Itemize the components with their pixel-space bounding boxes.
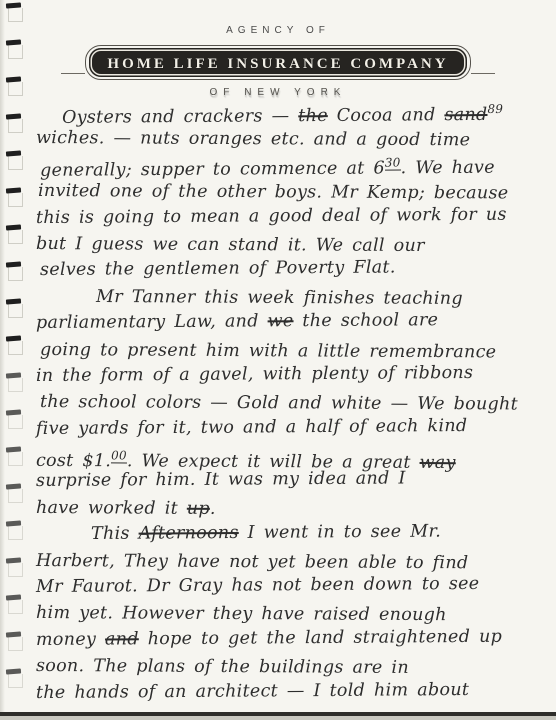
binding-hole bbox=[8, 193, 23, 207]
binding-hole bbox=[8, 600, 23, 614]
letter-line: the hands of an architect — I told him a… bbox=[36, 676, 542, 706]
letterhead: AGENCY OF HOME LIFE INSURANCE COMPANY OF… bbox=[0, 25, 556, 98]
binding-hole bbox=[8, 304, 23, 318]
binding-hole bbox=[8, 156, 23, 170]
handwritten-text: selves the gentlemen of Poverty Flat. bbox=[40, 258, 396, 280]
handwritten-text: 00 bbox=[111, 448, 127, 463]
letter-line: Mr Faurot. Dr Gray has not been down to … bbox=[36, 570, 542, 600]
handwritten-text: parliamentary Law, and bbox=[36, 312, 268, 334]
letter-line: Oysters and crackers — the Cocoa and san… bbox=[62, 96, 542, 126]
handwritten-text: hope to get the land straightened up bbox=[139, 627, 502, 650]
handwritten-text: money bbox=[36, 629, 105, 649]
binding-hole bbox=[8, 119, 23, 133]
handwritten-text: in the form of a gavel, with plenty of r… bbox=[36, 363, 473, 386]
company-banner-plate: HOME LIFE INSURANCE COMPANY bbox=[89, 48, 466, 77]
crossed-out-text: we bbox=[268, 311, 294, 331]
binding-hole bbox=[8, 674, 23, 688]
letter-line: This Afternoons I went in to see Mr. bbox=[91, 518, 542, 548]
crossed-out-text: and bbox=[105, 629, 139, 649]
binding-hole bbox=[8, 452, 23, 466]
handwritten-text: I went in to see Mr. bbox=[239, 522, 441, 543]
letter-line: generally; supper to commence at 630. We… bbox=[40, 148, 542, 178]
company-banner: HOME LIFE INSURANCE COMPANY bbox=[85, 45, 470, 80]
handwritten-text: five yards for it, two and a half of eac… bbox=[36, 416, 468, 439]
letter-line: money and hope to get the land straighte… bbox=[36, 623, 542, 653]
binding-hole bbox=[8, 415, 23, 429]
letter-line: five yards for it, two and a half of eac… bbox=[36, 412, 542, 442]
crossed-out-text: Afternoons bbox=[139, 523, 239, 544]
handwritten-text: invited one of the other boys. Mr Kemp; … bbox=[38, 181, 509, 203]
letter-line: surprise for him. It was my idea and I bbox=[36, 465, 542, 495]
handwritten-text: going to present him with a little remem… bbox=[40, 340, 496, 362]
letter-line: in the form of a gavel, with plenty of r… bbox=[36, 359, 542, 389]
handwritten-text: generally; supper to commence at 6 bbox=[40, 158, 385, 180]
binding-hole bbox=[8, 637, 23, 651]
handwritten-text: but I guess we can stand it. We call our bbox=[36, 234, 425, 256]
binding-hole bbox=[8, 8, 23, 22]
handwritten-text: surprise for him. It was my idea and I bbox=[36, 469, 406, 492]
letter-page: AGENCY OF HOME LIFE INSURANCE COMPANY OF… bbox=[0, 0, 556, 720]
handwritten-text: Mr Tanner this week finishes teaching bbox=[96, 287, 463, 309]
company-name: HOME LIFE INSURANCE COMPANY bbox=[107, 56, 448, 72]
handwritten-text: this is going to mean a good deal of wor… bbox=[36, 204, 507, 227]
page-bottom-shadow bbox=[0, 716, 556, 720]
binding-hole bbox=[8, 267, 23, 281]
handwritten-text: . bbox=[210, 499, 216, 519]
binding-hole bbox=[8, 563, 23, 577]
letter-line: this is going to mean a good deal of wor… bbox=[36, 201, 542, 231]
handwritten-text: 30 bbox=[385, 155, 401, 170]
handwritten-text: the school colors — Gold and white — We … bbox=[40, 392, 518, 415]
handwritten-text: 89 bbox=[487, 102, 503, 116]
handwritten-text: the school are bbox=[293, 310, 438, 331]
handwritten-text: Mr Faurot. Dr Gray has not been down to … bbox=[36, 574, 480, 597]
handwritten-text: have worked it bbox=[36, 498, 187, 519]
binding-hole bbox=[8, 526, 23, 540]
handwritten-text: . We have bbox=[401, 157, 495, 178]
crossed-out-text: the bbox=[298, 106, 328, 126]
binding-hole bbox=[8, 230, 23, 244]
crossed-out-text: up bbox=[187, 499, 210, 519]
crossed-out-text: sand bbox=[444, 105, 487, 125]
binding-hole bbox=[8, 341, 23, 355]
handwritten-text: Cocoa and bbox=[328, 105, 445, 126]
handwritten-text: soon. The plans of the buildings are in bbox=[36, 656, 409, 678]
binding-hole bbox=[8, 489, 23, 503]
handwritten-text: wiches. — nuts oranges etc. and a good t… bbox=[36, 128, 470, 150]
handwritten-text: the hands of an architect — I told him a… bbox=[36, 680, 469, 703]
handwritten-text: This bbox=[91, 524, 139, 544]
letterhead-agency-line: AGENCY OF bbox=[0, 25, 556, 36]
letter-line: selves the gentlemen of Poverty Flat. bbox=[40, 254, 542, 284]
handwritten-text: Harbert, They have not yet been able to … bbox=[36, 551, 469, 573]
handwritten-text: him yet. However they have raised enough bbox=[36, 603, 447, 625]
letter-body: Oysters and crackers — the Cocoa and san… bbox=[36, 99, 542, 706]
letter-line: parliamentary Law, and we the school are bbox=[36, 307, 542, 337]
binding-hole bbox=[8, 378, 23, 392]
